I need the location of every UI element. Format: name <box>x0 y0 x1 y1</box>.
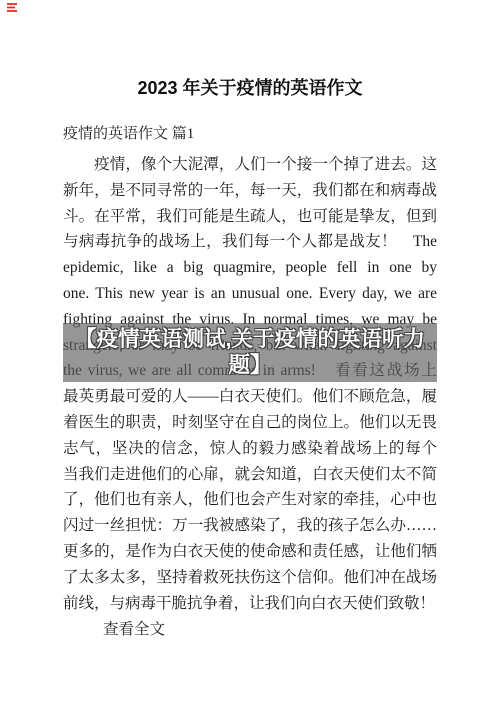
page-title: 2023 年关于疫情的英语作文 <box>0 76 500 100</box>
ad-overlay-banner[interactable]: 【疫情英语测试,关于疫情的英语听力 题】 <box>63 323 437 382</box>
body-line: 闪过一丝担忧：万一我被感染了，我的孩子怎么办……但 <box>63 513 437 539</box>
body-line: 了，他们也有亲人，他们也会产生对家的牵挂，心中也会 <box>63 487 437 513</box>
red-corner-mark <box>6 2 20 13</box>
body-line: 斗。在平常，我们可能是生疏人，也可能是挚友，但到了 <box>63 204 437 230</box>
body-line: 与病毒抗争的战场上，我们每一个人都是战友！ The <box>63 229 437 255</box>
ad-overlay-text-line: 【疫情英语测试,关于疫情的英语听力 <box>63 327 437 353</box>
body-line: one. This new year is an unusual one. Ev… <box>63 281 437 307</box>
body-line: 疫情，像个大泥潭，人们一个接一个掉了进去。这个 <box>63 152 437 178</box>
section-heading: 疫情的英语作文 篇1 <box>63 124 437 144</box>
read-more-link[interactable]: 查看全文 <box>103 617 165 643</box>
ad-overlay-text-line: 题】 <box>63 353 437 379</box>
body-line: 志气，坚决的信念，惊人的毅力感染着战场上的每个人。 <box>63 436 437 462</box>
body-line: 前线，与病毒干脆抗争着，让我们向白衣天使们致敬！ <box>63 591 437 617</box>
body-line: epidemic, like a big quagmire, people fe… <box>63 255 437 281</box>
body-line: 新年，是不同寻常的一年，每一天，我们都在和病毒战 <box>63 178 437 204</box>
body-line: 了太多太多，坚持着救死扶伤这个信仰。他们冲在战场最 <box>63 565 437 591</box>
body-line: 最英勇最可爱的人——白衣天使们。他们不顾危急，履行 <box>63 384 437 410</box>
article-page: 2023 年关于疫情的英语作文 疫情的英语作文 篇1 疫情，像个大泥潭，人们一个… <box>0 0 500 706</box>
body-line: 当我们走进他们的心扉，就会知道，白衣天使们太不简洁 <box>63 462 437 488</box>
article-body: 疫情，像个大泥潭，人们一个接一个掉了进去。这个 新年，是不同寻常的一年，每一天，… <box>63 152 437 616</box>
body-line: 着医生的职责，时刻坚守在自己的岗位上。他们以无畏的 <box>63 410 437 436</box>
body-line: 更多的，是作为白衣天使的使命感和责任感，让他们牺牲 <box>63 539 437 565</box>
